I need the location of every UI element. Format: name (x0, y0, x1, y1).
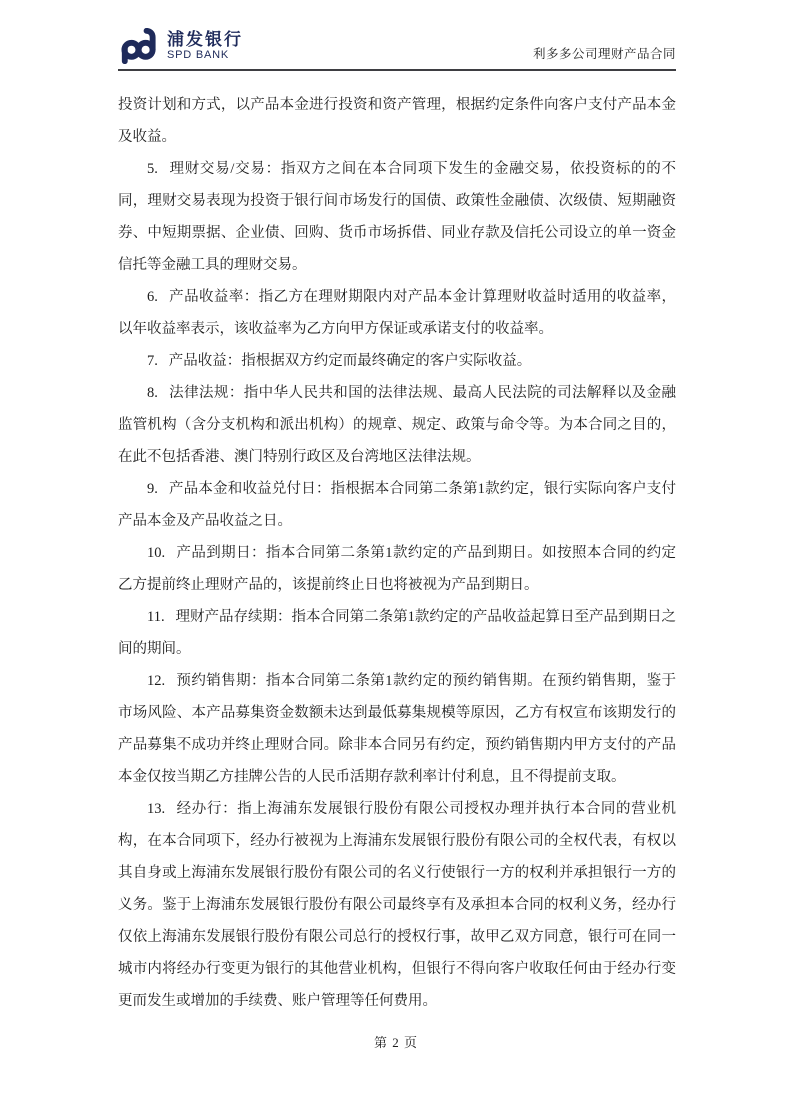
paragraph-number: 11. (147, 609, 165, 625)
paragraph-number: 10. (147, 545, 165, 561)
paragraph-number: 13. (147, 801, 165, 817)
contract-paragraph: 8.法律法规：指中华人民共和国的法律法规、最高人民法院的司法解释以及金融监管机构… (118, 377, 676, 473)
bank-logo-text: 浦发银行 SPD BANK (167, 31, 243, 61)
paragraph-text: 预约销售期：指本合同第二条第1款约定的预约销售期。在预约销售期，鉴于市场风险、本… (118, 673, 676, 785)
contract-paragraph: 投资计划和方式，以产品本金进行投资和资产管理，根据约定条件向客户支付产品本金及收… (118, 89, 676, 153)
paragraph-text: 理财产品存续期：指本合同第二条第1款约定的产品收益起算日至产品到期日之间的期间。 (118, 609, 676, 657)
contract-body: 投资计划和方式，以产品本金进行投资和资产管理，根据约定条件向客户支付产品本金及收… (118, 89, 676, 1017)
paragraph-text: 投资计划和方式，以产品本金进行投资和资产管理，根据约定条件向客户支付产品本金及收… (118, 97, 676, 145)
contract-paragraph: 9.产品本金和收益兑付日：指根据本合同第二条第1款约定，银行实际向客户支付产品本… (118, 473, 676, 537)
paragraph-text: 经办行：指上海浦东发展银行股份有限公司授权办理并执行本合同的营业机构，在本合同项… (118, 801, 676, 1009)
paragraph-number: 8. (147, 385, 158, 401)
paragraph-text: 产品到期日：指本合同第二条第1款约定的产品到期日。如按照本合同的约定乙方提前终止… (118, 545, 676, 593)
document-title: 利多多公司理财产品合同 (533, 44, 676, 64)
paragraph-number: 9. (147, 481, 158, 497)
contract-paragraph: 13.经办行：指上海浦东发展银行股份有限公司授权办理并执行本合同的营业机构，在本… (118, 793, 676, 1017)
bank-name-cn: 浦发银行 (167, 31, 243, 48)
paragraph-text: 产品本金和收益兑付日：指根据本合同第二条第1款约定，银行实际向客户支付产品本金及… (118, 481, 676, 529)
contract-paragraph: 12.预约销售期：指本合同第二条第1款约定的预约销售期。在预约销售期，鉴于市场风… (118, 665, 676, 793)
paragraph-text: 法律法规：指中华人民共和国的法律法规、最高人民法院的司法解释以及金融监管机构（含… (118, 385, 676, 465)
spdb-logo-icon (118, 28, 160, 64)
page-header: 浦发银行 SPD BANK 利多多公司理财产品合同 (118, 28, 676, 69)
paragraph-text: 理财交易/交易：指双方之间在本合同项下发生的金融交易，依投资标的的不同，理财交易… (118, 161, 676, 273)
paragraph-number: 6. (147, 289, 158, 305)
document-page: 浦发银行 SPD BANK 利多多公司理财产品合同 投资计划和方式，以产品本金进… (0, 0, 792, 1120)
paragraph-number: 7. (147, 353, 158, 369)
page-footer: 第 2 页 (0, 1032, 792, 1052)
paragraph-number: 12. (147, 673, 165, 689)
header-divider (118, 69, 676, 71)
paragraph-text: 产品收益率：指乙方在理财期限内对产品本金计算理财收益时适用的收益率，以年收益率表… (118, 289, 676, 337)
contract-paragraph: 10.产品到期日：指本合同第二条第1款约定的产品到期日。如按照本合同的约定乙方提… (118, 537, 676, 601)
contract-paragraph: 6.产品收益率：指乙方在理财期限内对产品本金计算理财收益时适用的收益率，以年收益… (118, 281, 676, 345)
contract-paragraph: 11.理财产品存续期：指本合同第二条第1款约定的产品收益起算日至产品到期日之间的… (118, 601, 676, 665)
contract-paragraph: 5.理财交易/交易：指双方之间在本合同项下发生的金融交易，依投资标的的不同，理财… (118, 153, 676, 281)
paragraph-text: 产品收益：指根据双方约定而最终确定的客户实际收益。 (169, 353, 532, 369)
page-number: 第 2 页 (374, 1035, 418, 1050)
paragraph-number: 5. (147, 161, 158, 177)
contract-paragraph: 7.产品收益：指根据双方约定而最终确定的客户实际收益。 (118, 345, 676, 377)
bank-logo: 浦发银行 SPD BANK (118, 28, 243, 64)
bank-name-en: SPD BANK (167, 50, 243, 61)
